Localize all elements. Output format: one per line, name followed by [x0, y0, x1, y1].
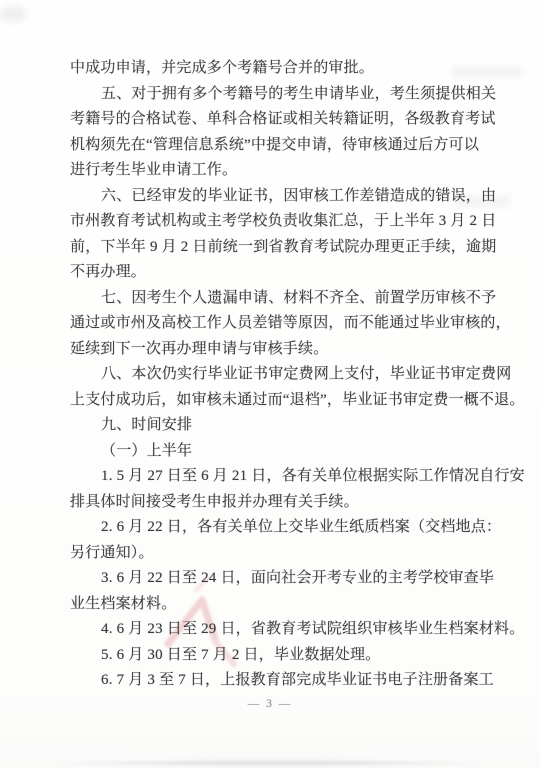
text-line: 七、因考生个人遗漏申请、材料不齐全、前置学历审核不予	[70, 286, 470, 312]
text-line: 2. 6 月 22 日，各有关单位上交毕业生纸质档案（交档地点：	[70, 515, 470, 541]
text-line: （一）上半年	[70, 439, 470, 465]
page-bottom-shadow	[40, 761, 500, 765]
text-line: 业生档案材料。	[70, 592, 470, 618]
text-line: 八、本次仍实行毕业证书审定费网上支付，毕业证书审定费网	[70, 362, 470, 388]
scanned-document-page: 中成功申请，并完成多个考籍号合并的审批。五、对于拥有多个考籍号的考生申请毕业，考…	[0, 0, 540, 768]
text-line: 上支付成功后，如审核未通过而“退档”，毕业证书审定费一概不退。	[70, 388, 470, 414]
text-line: 6. 7 月 3 至 7 日，上报教育部完成毕业证书电子注册备案工	[70, 668, 470, 694]
text-line: 不再办理。	[70, 260, 470, 286]
text-line: 另行通知）。	[70, 541, 470, 567]
text-line: 排具体时间接受考生申报并办理有关手续。	[70, 490, 470, 516]
text-line: 考籍号的合格试卷、单科合格证或相关转籍证明，各级教育考试	[70, 107, 470, 133]
text-line: 1. 5 月 27 日至 6 月 21 日，各有关单位根据实际工作情况自行安	[70, 464, 470, 490]
text-line: 中成功申请，并完成多个考籍号合并的审批。	[70, 56, 470, 82]
document-body: 中成功申请，并完成多个考籍号合并的审批。五、对于拥有多个考籍号的考生申请毕业，考…	[70, 56, 470, 694]
text-line: 3. 6 月 22 日至 24 日，面向社会开考专业的主考学校审查毕	[70, 566, 470, 592]
text-line: 市州教育考试机构或主考学校负责收集汇总，于上半年 3 月 2 日	[70, 209, 470, 235]
text-line: 五、对于拥有多个考籍号的考生申请毕业，考生须提供相关	[70, 82, 470, 108]
text-line: 5. 6 月 30 日至 7 月 2 日，毕业数据处理。	[70, 643, 470, 669]
scan-smudge	[0, 6, 26, 22]
text-line: 通过或市州及高校工作人员差错等原因，而不能通过毕业审核的，	[70, 311, 470, 337]
text-line: 前，下半年 9 月 2 日前统一到省教育考试院办理更正手续，逾期	[70, 235, 470, 261]
page-number: — 3 —	[0, 698, 540, 710]
text-line: 4. 6 月 23 日至 29 日，省教育考试院组织审核毕业生档案材料。	[70, 617, 470, 643]
text-line: 机构须先在“管理信息系统”中提交申请，待审核通过后方可以	[70, 133, 470, 159]
text-line: 九、时间安排	[70, 413, 470, 439]
text-line: 延续到下一次再办理申请与审核手续。	[70, 337, 470, 363]
text-line: 进行考生毕业申请工作。	[70, 158, 470, 184]
text-line: 六、已经审发的毕业证书，因审核工作差错造成的错误，由	[70, 184, 470, 210]
